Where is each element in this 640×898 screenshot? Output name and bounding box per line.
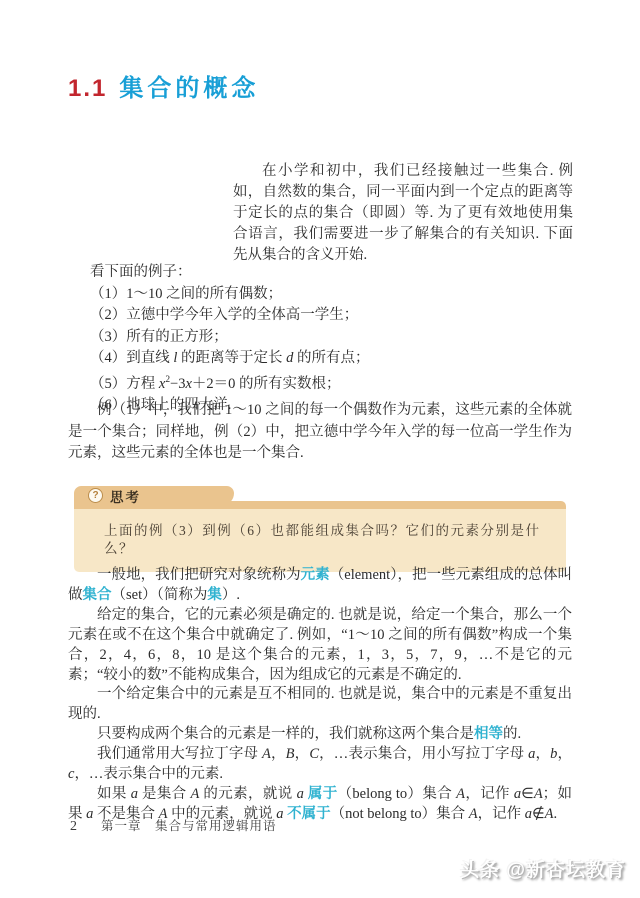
- page-number: 2: [70, 819, 77, 835]
- section-number: 1.1: [68, 75, 107, 103]
- page-footer: 2 第一章 集合与常用逻辑用语: [70, 816, 277, 835]
- example-item-3: （3）所有的正方形；: [68, 327, 572, 349]
- watermark: 头条 @新杏坛教育: [460, 855, 626, 882]
- think-box-label: 思考: [110, 486, 141, 506]
- body-paragraph-notation: 我们通常用大写拉丁字母 A，B，C，…表示集合，用小写拉丁字母 a，b，c，…表…: [68, 745, 572, 785]
- example-item-1: （1）1～10 之间的所有偶数；: [68, 284, 572, 306]
- body-paragraph-distinctness: 一个给定集合中的元素是互不相同的. 也就是说，集合中的元素是不重复出现的.: [68, 685, 572, 725]
- body-text: 一般地，我们把研究对象统称为元素（element），把一些元素组成的总体叫做集合…: [68, 566, 572, 825]
- discussion-paragraph: 例（1）中，我们把 1～10 之间的每一个偶数作为元素，这些元素的全体就是一个集…: [68, 400, 572, 465]
- body-paragraph-definition: 一般地，我们把研究对象统称为元素（element），把一些元素组成的总体叫做集合…: [68, 566, 572, 606]
- examples-list: 看下面的例子： （1）1～10 之间的所有偶数； （2）立德中学今年入学的全体高…: [68, 262, 572, 416]
- think-box-question: 上面的例（3）到例（6）也都能组成集合吗？它们的元素分别是什么？: [74, 509, 566, 572]
- think-box: ? 思考 上面的例（3）到例（6）也都能组成集合吗？它们的元素分别是什么？: [74, 486, 566, 572]
- example-item-5: （5）方程 x2−3x＋2＝0 的所有实数根；: [68, 370, 572, 395]
- section-title: 1.1 集合的概念: [68, 68, 259, 103]
- example-item-4: （4）到直线 l 的距离等于定长 d 的所有点；: [68, 348, 572, 370]
- question-mark-icon: ?: [88, 488, 103, 503]
- think-box-strip: [74, 501, 566, 509]
- body-paragraph-determinacy: 给定的集合，它的元素必须是确定的. 也就是说，给定一个集合，那么一个元素在或不在…: [68, 606, 572, 686]
- examples-lead: 看下面的例子：: [68, 262, 572, 284]
- body-paragraph-equality: 只要构成两个集合的元素是一样的，我们就称这两个集合是相等的.: [68, 725, 572, 745]
- section-title-text: 集合的概念: [119, 68, 259, 103]
- chapter-title: 第一章 集合与常用逻辑用语: [101, 816, 277, 834]
- intro-paragraph: 在小学和初中，我们已经接触过一些集合. 例如，自然数的集合，同一平面内到一个定点…: [233, 161, 573, 266]
- textbook-page: 1.1 集合的概念 在小学和初中，我们已经接触过一些集合. 例如，自然数的集合，…: [0, 0, 640, 898]
- example-item-2: （2）立德中学今年入学的全体高一学生；: [68, 305, 572, 327]
